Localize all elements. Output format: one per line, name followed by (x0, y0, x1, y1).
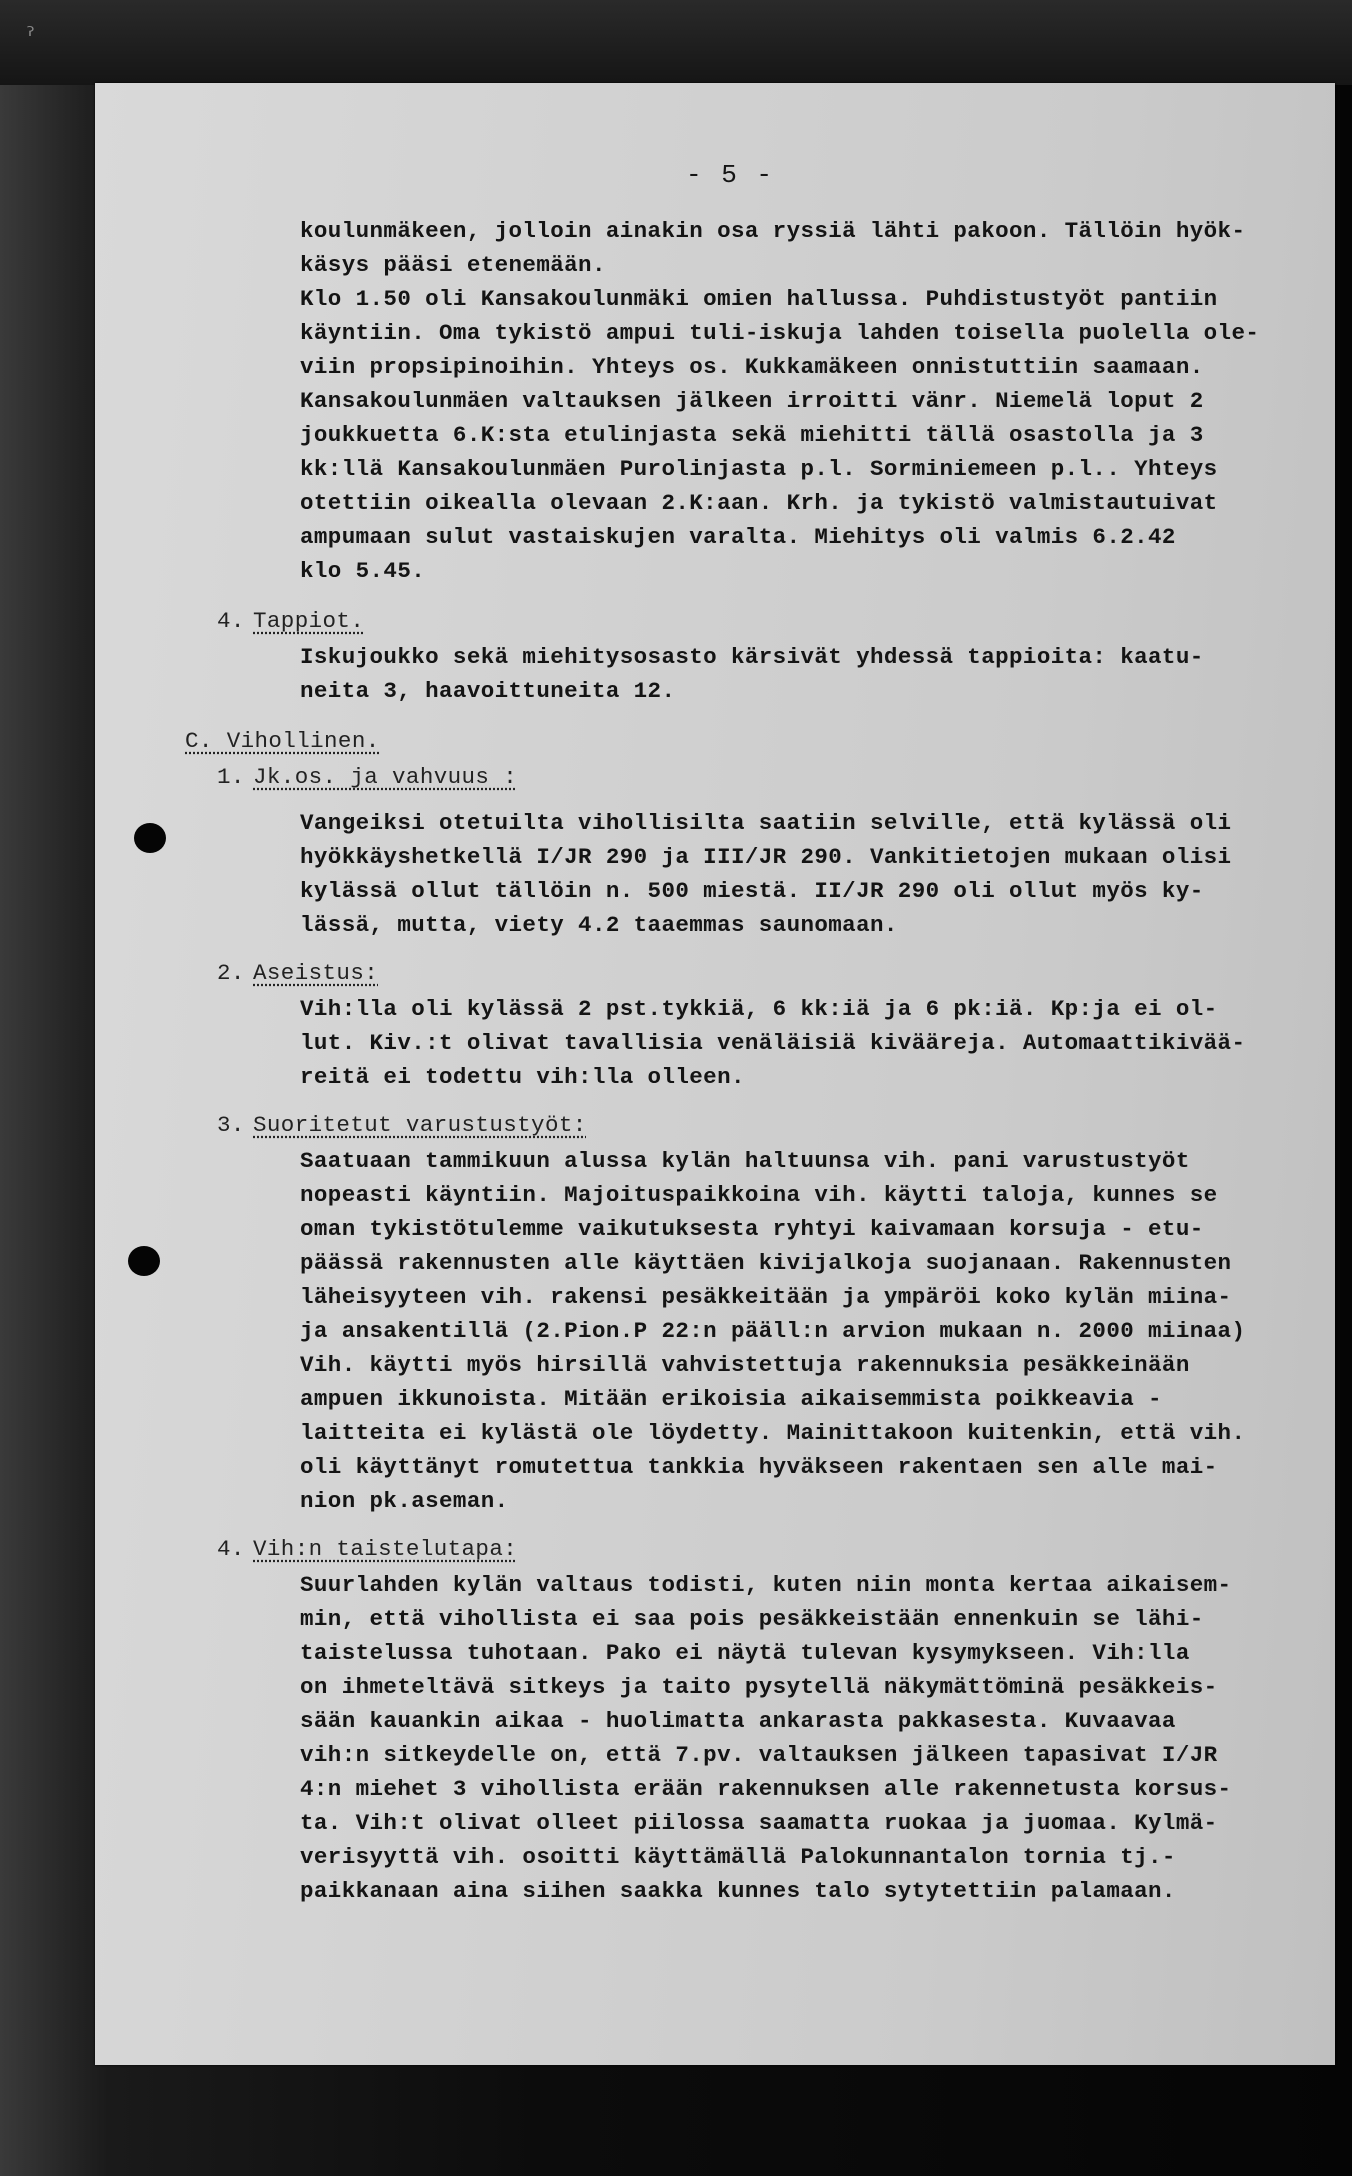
paragraph-line: reitä ei todettu vih:lla olleen. (300, 1064, 745, 1090)
section-heading: Tappiot. (253, 608, 364, 634)
section-heading: Vih:n taistelutapa: (253, 1536, 517, 1562)
paragraph-line: Vih. käytti myös hirsillä vahvistettuja … (300, 1352, 1190, 1378)
section-heading: Suoritetut varustustyöt: (253, 1112, 587, 1138)
paragraph-line: Kansakoulunmäen valtauksen jälkeen irroi… (300, 388, 1204, 414)
section-heading: Aseistus: (253, 960, 378, 986)
paragraph-line: oman tykistötulemme vaikutuksesta ryhtyi… (300, 1216, 1204, 1242)
section-number: 4. (217, 1536, 245, 1562)
paragraph-line: otettiin oikealla olevaan 2.K:aan. Krh. … (300, 490, 1218, 516)
paragraph-line: ja ansakentillä (2.Pion.P 22:n pääll:n a… (300, 1318, 1245, 1344)
paragraph-line: läheisyyteen vih. rakensi pesäkkeitään j… (300, 1284, 1231, 1310)
paragraph-line: nion pk.aseman. (300, 1488, 509, 1514)
paragraph-line: klo 5.45. (300, 558, 425, 584)
paragraph-line: Suurlahden kylän valtaus todisti, kuten … (300, 1572, 1231, 1598)
section-number: 2. (217, 960, 245, 986)
paragraph-line: sään kauankin aikaa - huolimatta ankaras… (300, 1708, 1176, 1734)
paragraph-line: lässä, mutta, viety 4.2 taaemmas saunoma… (300, 912, 898, 938)
paragraph-line: Iskujoukko sekä miehitysosasto kärsivät … (300, 644, 1204, 670)
paragraph-line: on ihmeteltävä sitkeys ja taito pysytell… (300, 1674, 1218, 1700)
paragraph-line: laitteita ei kylästä ole löydetty. Maini… (300, 1420, 1245, 1446)
punch-hole (128, 1246, 160, 1276)
paragraph-line: Klo 1.50 oli Kansakoulunmäki omien hallu… (300, 286, 1218, 312)
punch-hole (134, 823, 166, 853)
paragraph-line: lut. Kiv.:t olivat tavallisia venäläisiä… (300, 1030, 1245, 1056)
scan-mark: ˀ (26, 22, 35, 50)
paragraph-line: 4:n miehet 3 vihollista erään rakennukse… (300, 1776, 1231, 1802)
paragraph-line: neita 3, haavoittuneita 12. (300, 678, 675, 704)
paragraph-line: vih:n sitkeydelle on, että 7.pv. valtauk… (300, 1742, 1218, 1768)
paragraph-line: käyntiin. Oma tykistö ampui tuli-iskuja … (300, 320, 1259, 346)
section-number: 3. (217, 1112, 245, 1138)
paragraph-line: Vangeiksi otetuilta vihollisilta saatiin… (300, 810, 1231, 836)
section-heading: Jk.os. ja vahvuus : (253, 764, 517, 790)
paragraph-line: päässä rakennusten alle käyttäen kivijal… (300, 1250, 1231, 1276)
paragraph-line: ta. Vih:t olivat olleet piilossa saamatt… (300, 1810, 1218, 1836)
paragraph-line: nopeasti käyntiin. Majoituspaikkoina vih… (300, 1182, 1218, 1208)
section-title: C. Vihollinen. (185, 728, 380, 754)
section-number: 1. (217, 764, 245, 790)
paragraph-line: ampumaan sulut vastaiskujen varalta. Mie… (300, 524, 1176, 550)
paragraph-line: min, että vihollista ei saa pois pesäkke… (300, 1606, 1204, 1632)
paragraph-line: Vih:lla oli kylässä 2 pst.tykkiä, 6 kk:i… (300, 996, 1218, 1022)
paragraph-line: paikkanaan aina siihen saakka kunnes tal… (300, 1878, 1176, 1904)
paragraph-line: viin propsipinoihin. Yhteys os. Kukkamäk… (300, 354, 1204, 380)
scan-background-top (0, 0, 1352, 85)
paragraph-line: kylässä ollut tällöin n. 500 miestä. II/… (300, 878, 1204, 904)
paragraph-line: hyökkäyshetkellä I/JR 290 ja III/JR 290.… (300, 844, 1231, 870)
page-number: - 5 - (0, 160, 1352, 190)
paragraph-line: Saatuaan tammikuun alussa kylän haltuuns… (300, 1148, 1190, 1174)
paragraph-line: käsys pääsi etenemään. (300, 252, 606, 278)
paragraph-line: ampuen ikkunoista. Mitään erikoisia aika… (300, 1386, 1162, 1412)
paragraph-line: koulunmäkeen, jolloin ainakin osa ryssiä… (300, 218, 1245, 244)
section-number: 4. (217, 608, 245, 634)
paragraph-line: joukkuetta 6.K:sta etulinjasta sekä mieh… (300, 422, 1204, 448)
paragraph-line: kk:llä Kansakoulunmäen Purolinjasta p.l.… (300, 456, 1218, 482)
paragraph-line: verisyyttä vih. osoitti käyttämällä Palo… (300, 1844, 1176, 1870)
paragraph-line: taistelussa tuhotaan. Pako ei näytä tule… (300, 1640, 1190, 1666)
paragraph-line: oli käyttänyt romutettua tankkia hyväkse… (300, 1454, 1218, 1480)
